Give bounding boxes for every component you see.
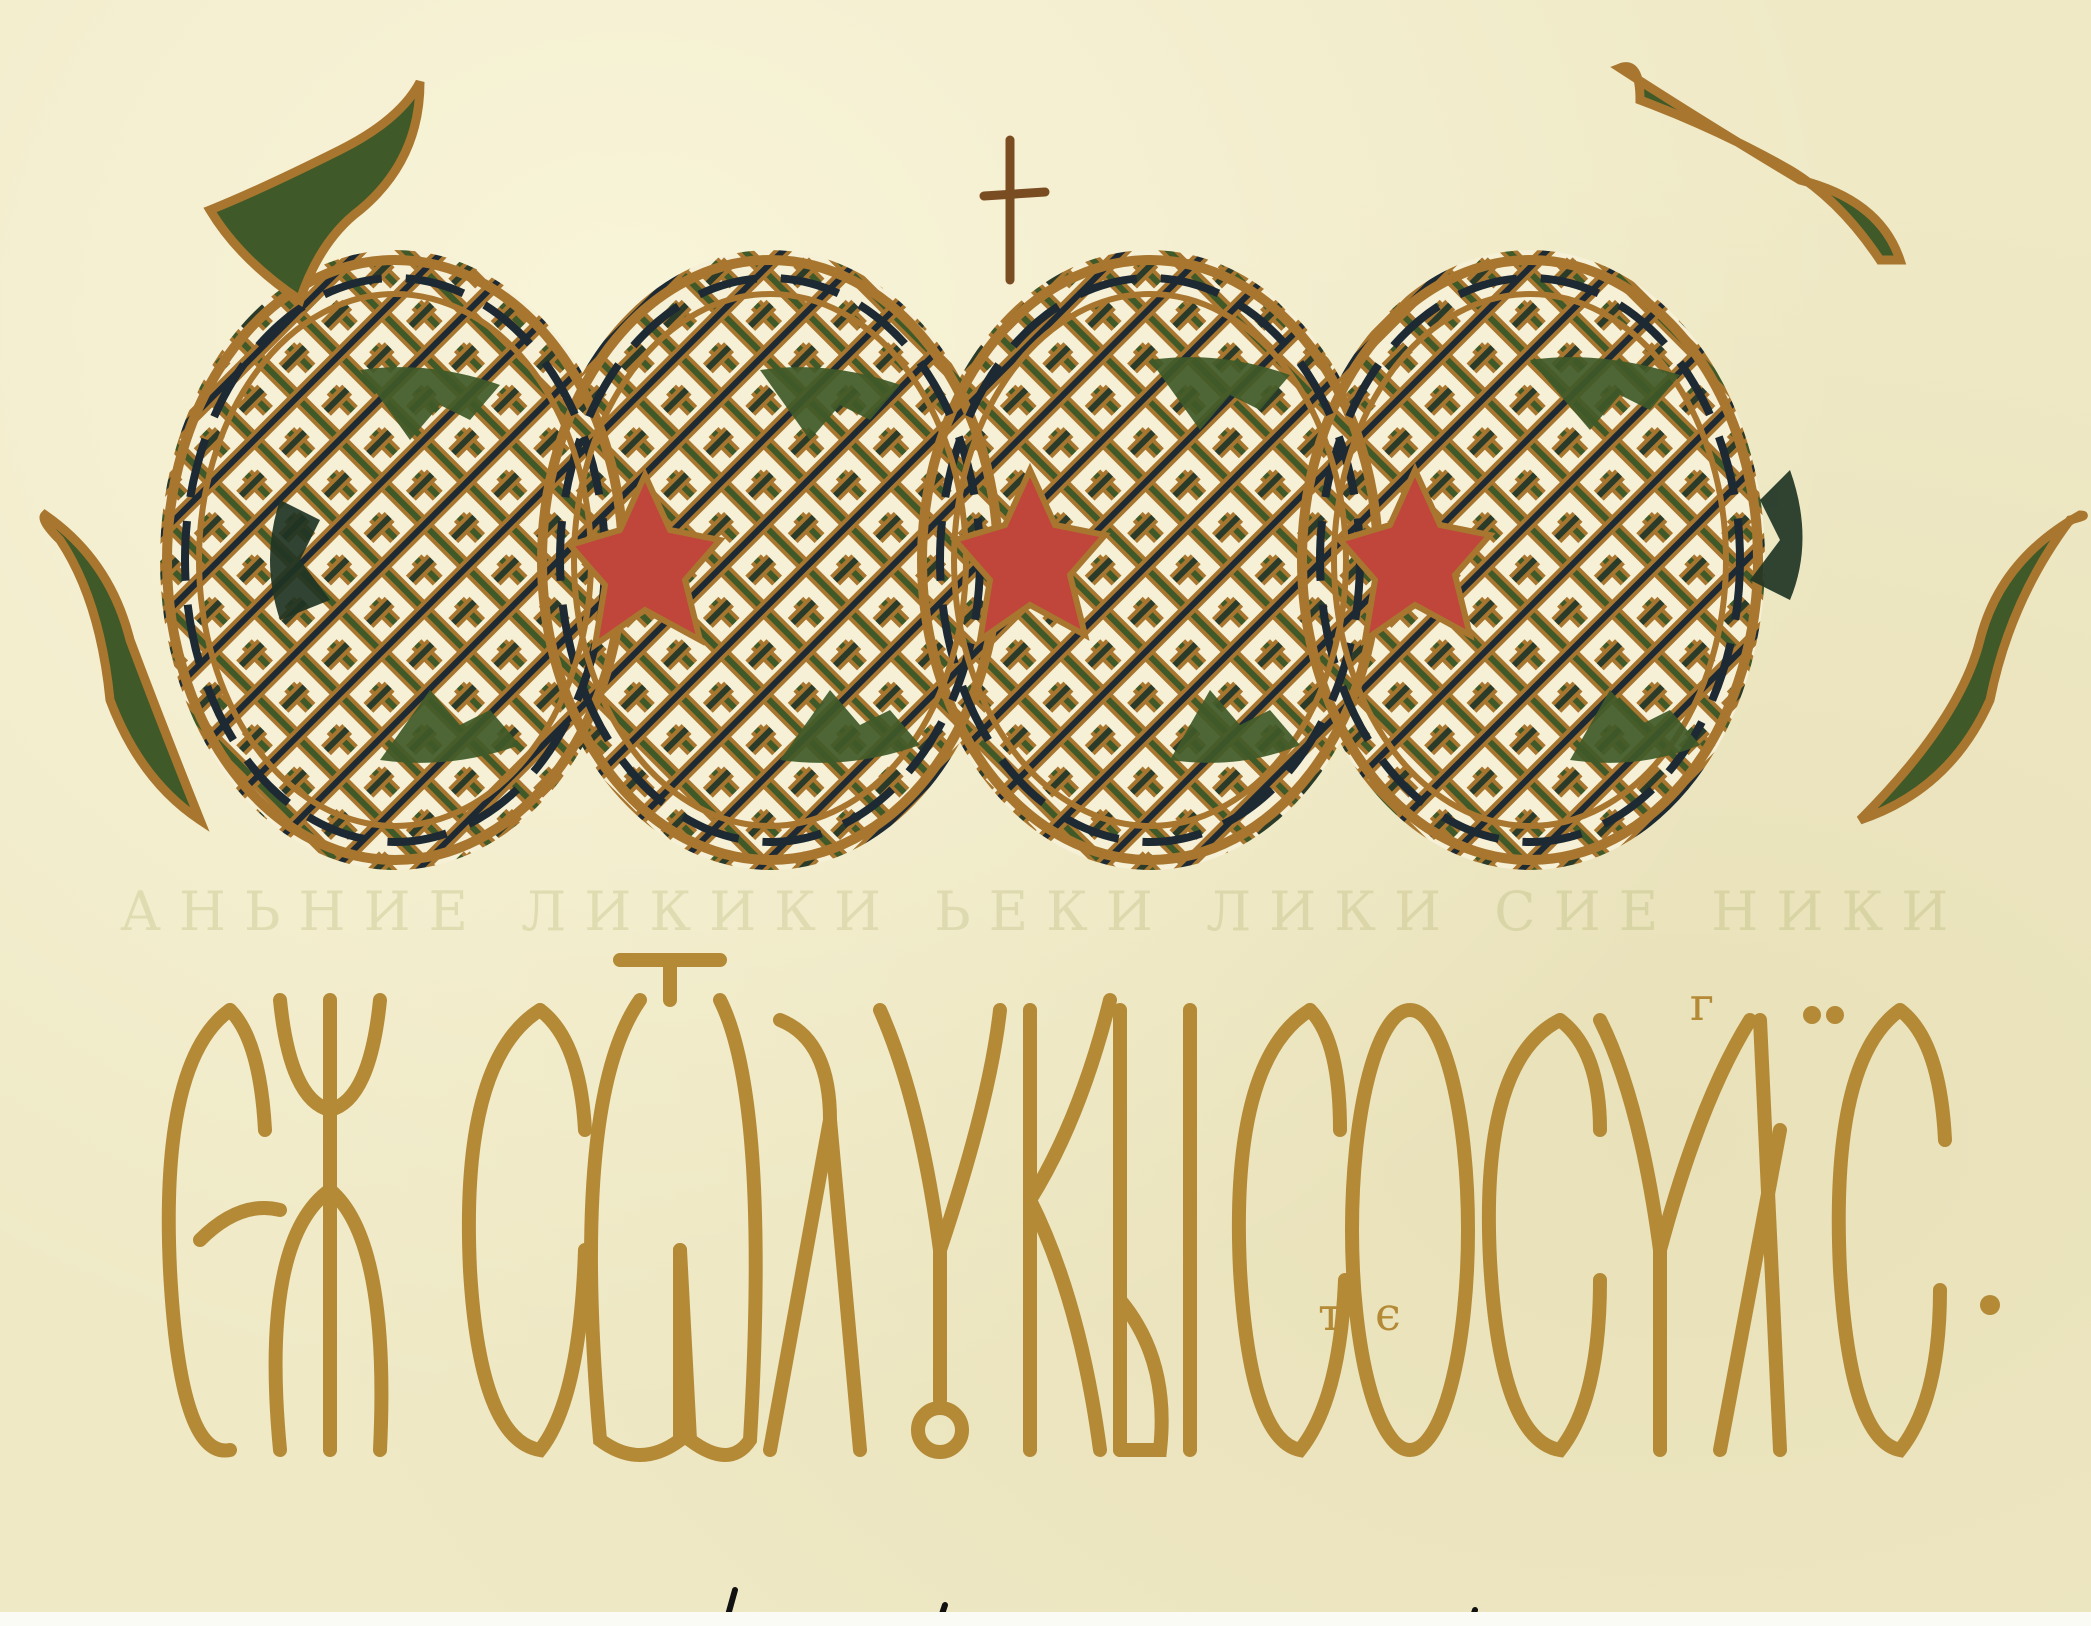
svg-text:є: є — [1375, 1287, 1401, 1341]
sprout-top-right — [1620, 67, 1900, 260]
svg-text:т: т — [1318, 1287, 1343, 1341]
sprout-right — [1860, 515, 2083, 820]
vyaz-title — [169, 960, 1945, 1455]
cross-icon — [984, 140, 1045, 280]
headpiece-illumination: т є г — [0, 0, 2091, 1626]
svg-text:г: г — [1690, 977, 1714, 1031]
page-edge — [0, 1612, 2091, 1626]
manuscript-page: АНЬНИЕ ЛИКИКИ ЬЕКИ ЛИКИ СИЕ НИКИ — [0, 0, 2091, 1626]
